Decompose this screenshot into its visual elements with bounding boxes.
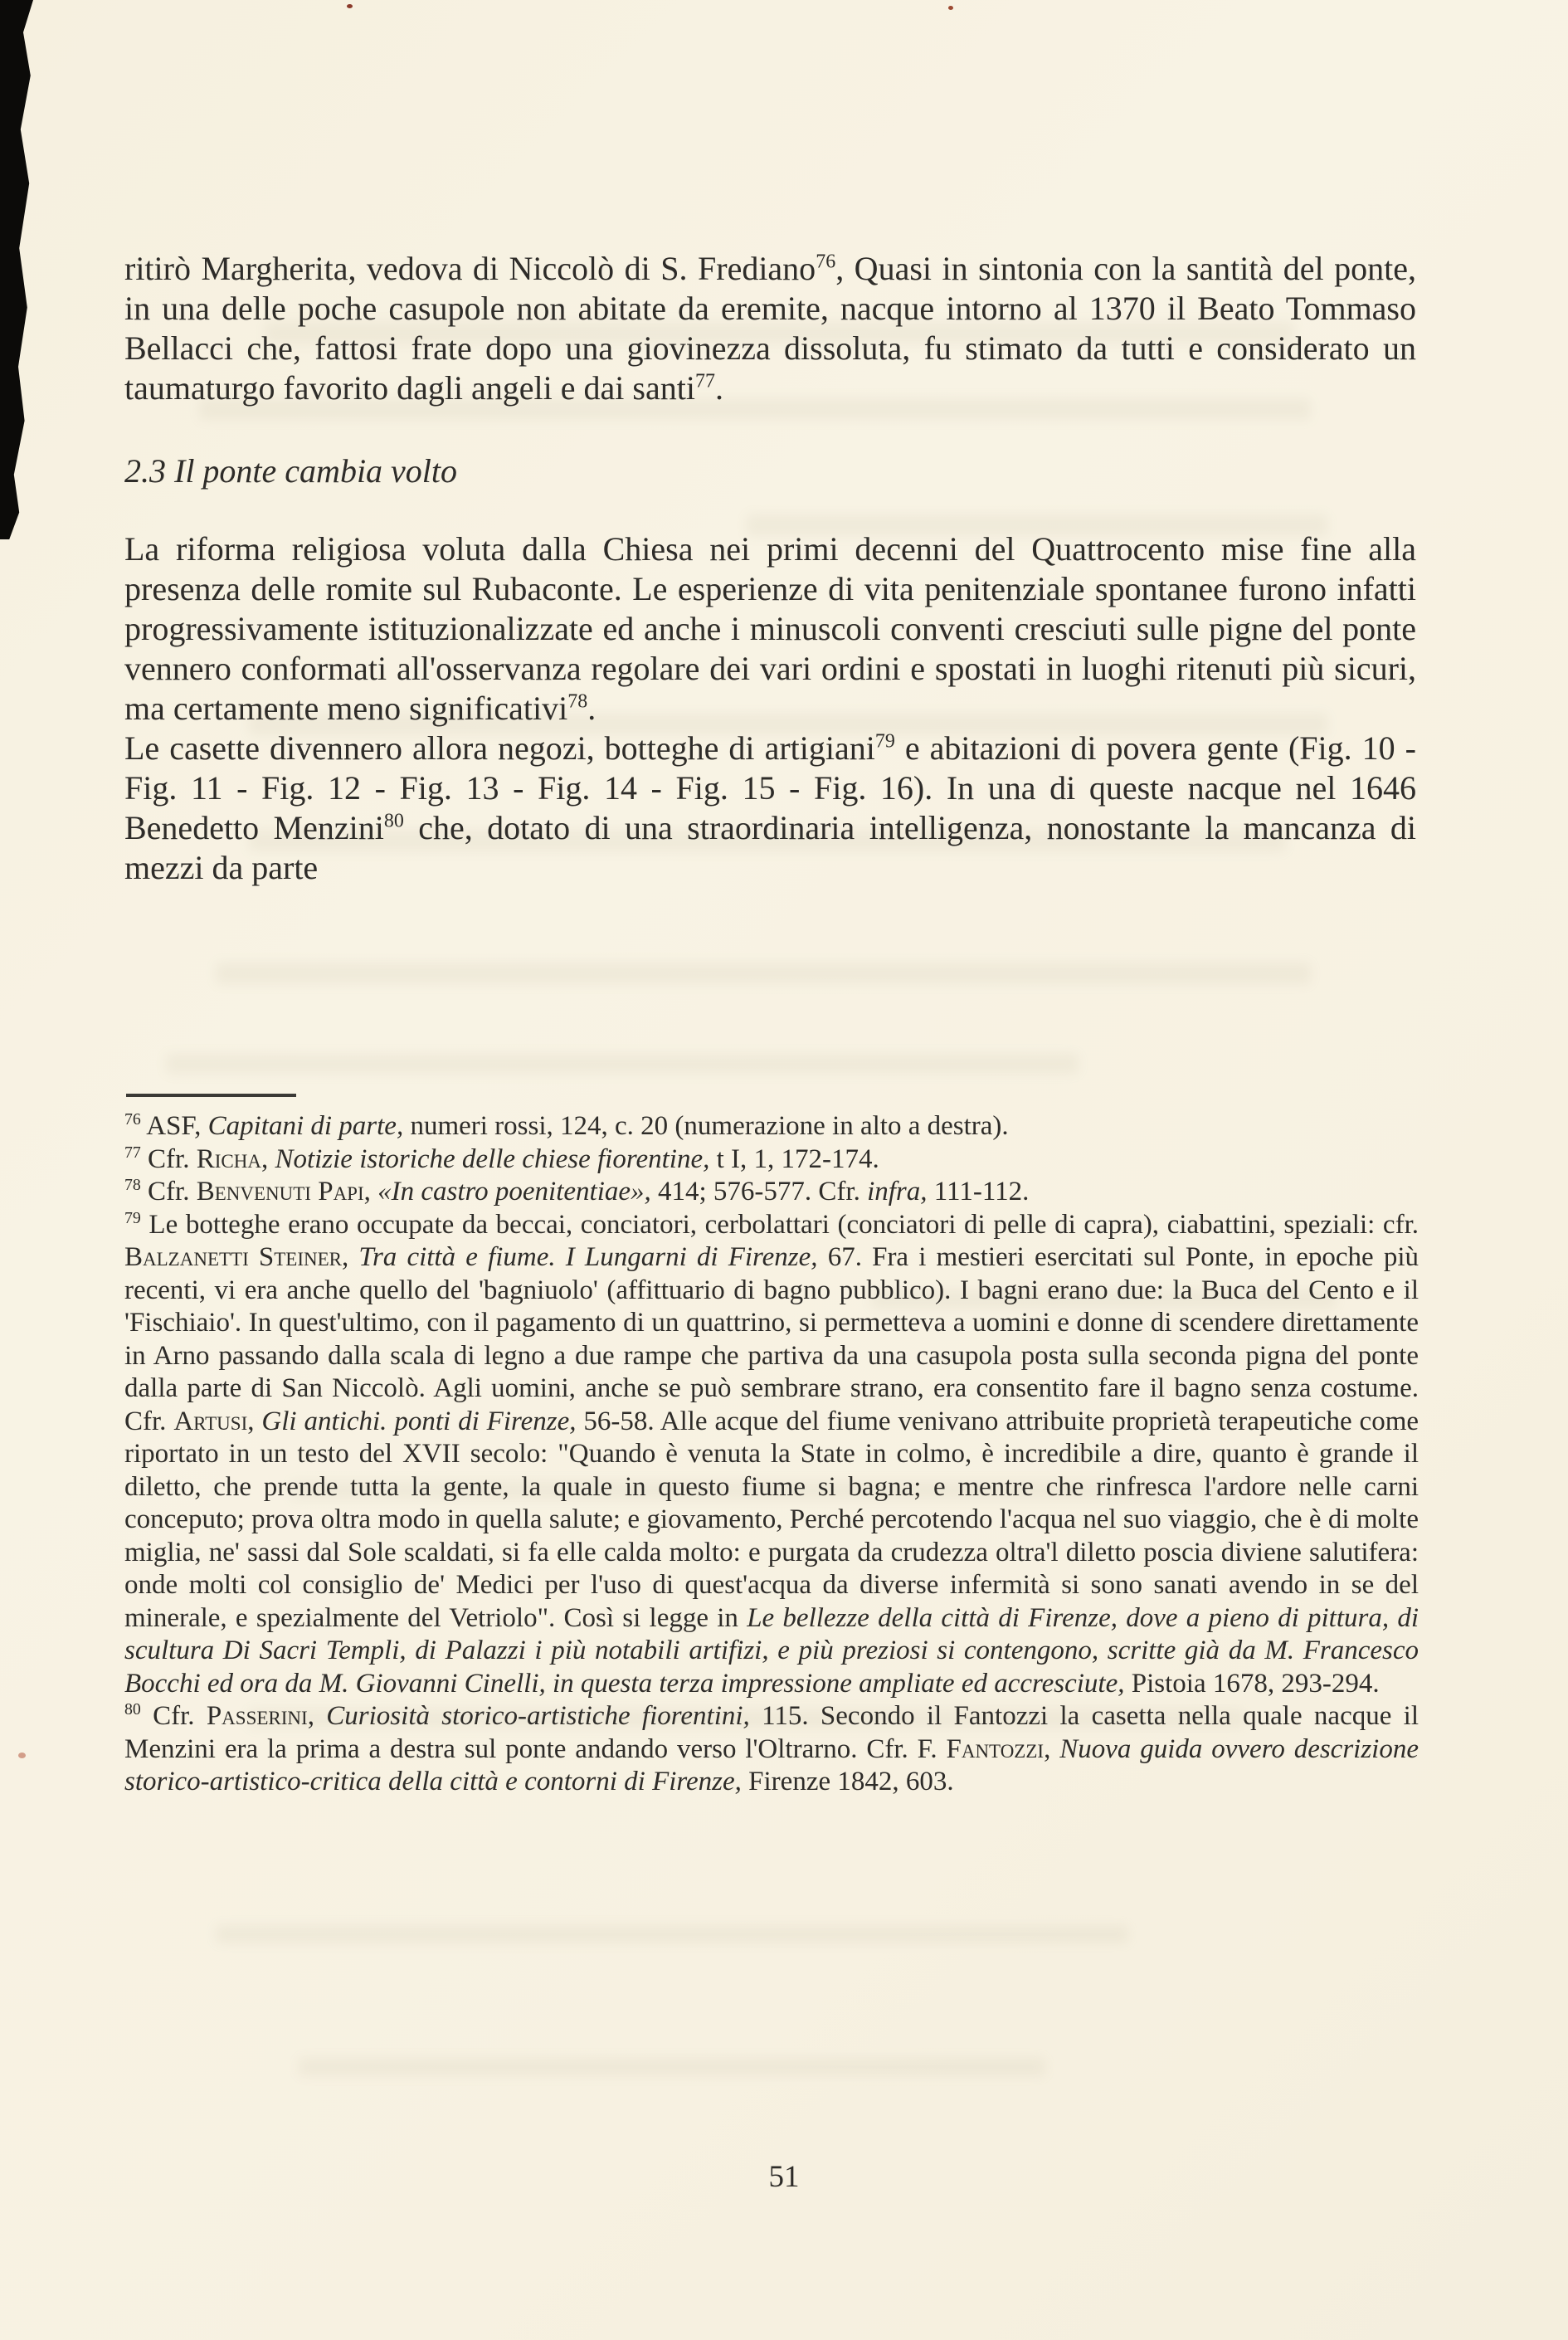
footnote-79: 79 Le botteghe erano occupate da beccai,…: [124, 1209, 1419, 1701]
book-page: ritirò Margherita, vedova di Niccolò di …: [0, 0, 1568, 2340]
scan-speck: [347, 4, 353, 8]
footnote-76: 76 ASF, Capitani di parte, numeri rossi,…: [124, 1110, 1419, 1143]
scan-speck: [18, 1753, 26, 1758]
page-number: 51: [0, 2159, 1568, 2195]
footnote-78: 78 Cfr. Benvenuti Papi, «In castro poeni…: [124, 1176, 1419, 1209]
footnote-77: 77 Cfr. Richa, Notizie istoriche delle c…: [124, 1143, 1419, 1177]
paragraph-riforma: La riforma religiosa voluta dalla Chiesa…: [124, 529, 1416, 729]
bleed-through: [166, 1054, 1079, 1074]
bleed-through: [216, 1925, 1128, 1943]
paragraph-casette: Le casette divennero allora negozi, bott…: [124, 729, 1416, 888]
paragraph-margherita: ritirò Margherita, vedova di Niccolò di …: [124, 249, 1416, 408]
footnotes: 76 ASF, Capitani di parte, numeri rossi,…: [124, 1110, 1419, 1799]
footnote-80: 80 Cfr. Passerini, Curiosità storico-art…: [124, 1700, 1419, 1799]
scan-speck: [948, 6, 953, 10]
bleed-through: [216, 963, 1311, 984]
scan-edge-artifact: [0, 0, 33, 539]
section-heading: 2.3 Il ponte cambia volto: [124, 451, 1416, 491]
page-body: ritirò Margherita, vedova di Niccolò di …: [124, 249, 1416, 888]
bleed-through: [299, 2058, 1045, 2076]
footnote-separator: [126, 1094, 296, 1097]
